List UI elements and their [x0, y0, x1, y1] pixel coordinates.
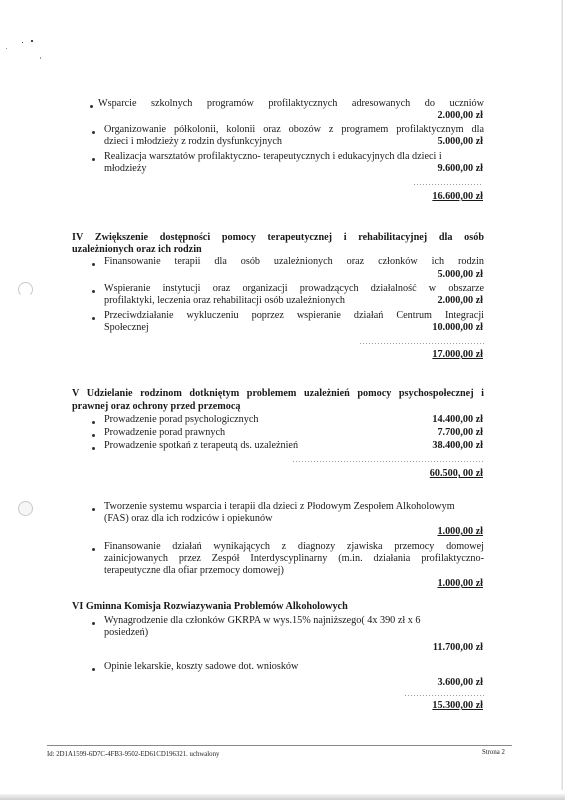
- item-text: Społecznej: [104, 322, 149, 335]
- item-amount: 5.000,00 zł: [437, 269, 483, 282]
- punch-hole-mark: [18, 282, 33, 297]
- item-text: Wspieranie instytucji oraz organizacji p…: [104, 283, 484, 296]
- punch-hole-mark: [18, 501, 33, 516]
- item-text: profilaktyki, leczenia oraz rehabilitacj…: [104, 295, 345, 308]
- item-text: Prowadzenie porad prawnych: [104, 427, 225, 440]
- section-heading: V Udzielanie rodzinom dotkniętym problem…: [72, 388, 484, 401]
- item-text: Tworzenie systemu wsparcia i terapii dla…: [104, 501, 455, 514]
- item-text: Przeciwdziałanie wykluczeniu poprzez wsp…: [104, 310, 484, 323]
- bullet-icon: [90, 105, 93, 108]
- bullet-icon: [92, 508, 95, 511]
- item-amount: 7.700,00 zł: [437, 427, 483, 440]
- section-total: 16.600,00 zł: [432, 191, 483, 204]
- bullet-icon: [92, 290, 95, 293]
- item-text: Opinie lekarskie, koszty sadowe dot. wni…: [104, 661, 298, 674]
- footer-divider: [47, 745, 512, 746]
- section-total: 60.500, 00 zł: [430, 468, 483, 481]
- item-text: zainicjowanych przez Zespół Interdyscypl…: [104, 553, 484, 566]
- page-edge-shadow: [561, 0, 563, 790]
- item-amount: 2.000,00 zł: [437, 295, 483, 308]
- bullet-icon: [92, 421, 95, 424]
- footer-page-number: Strona 2: [482, 747, 505, 760]
- item-text: Organizowanie półkolonii, kolonii oraz o…: [104, 124, 484, 137]
- scan-speck: [31, 40, 33, 42]
- item-amount: 1.000,00 zł: [437, 526, 483, 539]
- section-total: 17.000,00 zł: [432, 349, 483, 362]
- bullet-icon: [92, 668, 95, 671]
- item-amount: 38.400,00 zł: [432, 440, 483, 453]
- scan-speck: [22, 42, 23, 43]
- bullet-icon: [92, 548, 95, 551]
- item-amount: 5.000,00 zł: [437, 136, 483, 149]
- item-amount: 2.000,00 zł: [437, 110, 483, 123]
- dotted-separator: [292, 461, 484, 462]
- item-text: Realizacja warsztatów profilaktyczno- te…: [104, 151, 442, 164]
- bullet-icon: [92, 317, 95, 320]
- item-amount: 14.400,00 zł: [432, 414, 483, 427]
- item-text: posiedzeń): [104, 627, 148, 640]
- bullet-icon: [92, 622, 95, 625]
- item-text: młodzieży: [104, 163, 146, 176]
- item-text: Prowadzenie spotkań z terapeutą ds. uzal…: [104, 440, 298, 453]
- section-heading: prawnej oraz ochrony przed przemocą: [72, 401, 240, 414]
- dotted-separator: [413, 184, 483, 185]
- dotted-separator: [404, 695, 484, 696]
- item-text: Finansowanie terapii dla osób uzależnion…: [104, 256, 484, 269]
- item-text: Wsparcie szkolnych programów profilaktyc…: [98, 98, 484, 111]
- item-text: (FAS) oraz dla ich rodziców i opiekunów: [104, 513, 272, 526]
- scan-speck: [40, 57, 41, 59]
- item-text: dzieci i młodzieży z rodzin dysfunkcyjny…: [104, 136, 282, 149]
- scan-speck: [6, 48, 7, 49]
- section-total: 15.300,00 zł: [432, 700, 483, 713]
- item-text: terapeutyczne dla ofiar przemocy domowej…: [104, 565, 284, 578]
- section-heading: VI Gminna Komisja Rozwiazywania Problemó…: [72, 601, 348, 614]
- bullet-icon: [92, 131, 95, 134]
- page-bottom-shadow: [0, 794, 565, 800]
- footer-document-id: Id: 2D1A1599-6D7C-4FB3-9502-ED61CD196321…: [47, 749, 219, 762]
- bullet-icon: [92, 158, 95, 161]
- item-amount: 3.600,00 zł: [437, 677, 483, 690]
- item-amount: 10.000,00 zł: [432, 322, 483, 335]
- item-amount: 11.700,00 zł: [433, 642, 483, 655]
- section-heading: IV Zwiększenie dostępności pomocy terape…: [72, 232, 484, 245]
- item-text: Prowadzenie porad psychologicznych: [104, 414, 258, 427]
- item-amount: 1.000,00 zł: [437, 578, 483, 591]
- item-amount: 9.600,00 zł: [437, 163, 483, 176]
- section-heading: uzależnionych oraz ich rodzin: [72, 244, 202, 257]
- dotted-separator: [359, 343, 484, 344]
- bullet-icon: [92, 263, 95, 266]
- bullet-icon: [92, 447, 95, 450]
- item-text: Wynagrodzenie dla członków GKRPA w wys.1…: [104, 615, 420, 628]
- item-text: Finansowanie działań wynikających z diag…: [104, 541, 484, 554]
- bullet-icon: [92, 434, 95, 437]
